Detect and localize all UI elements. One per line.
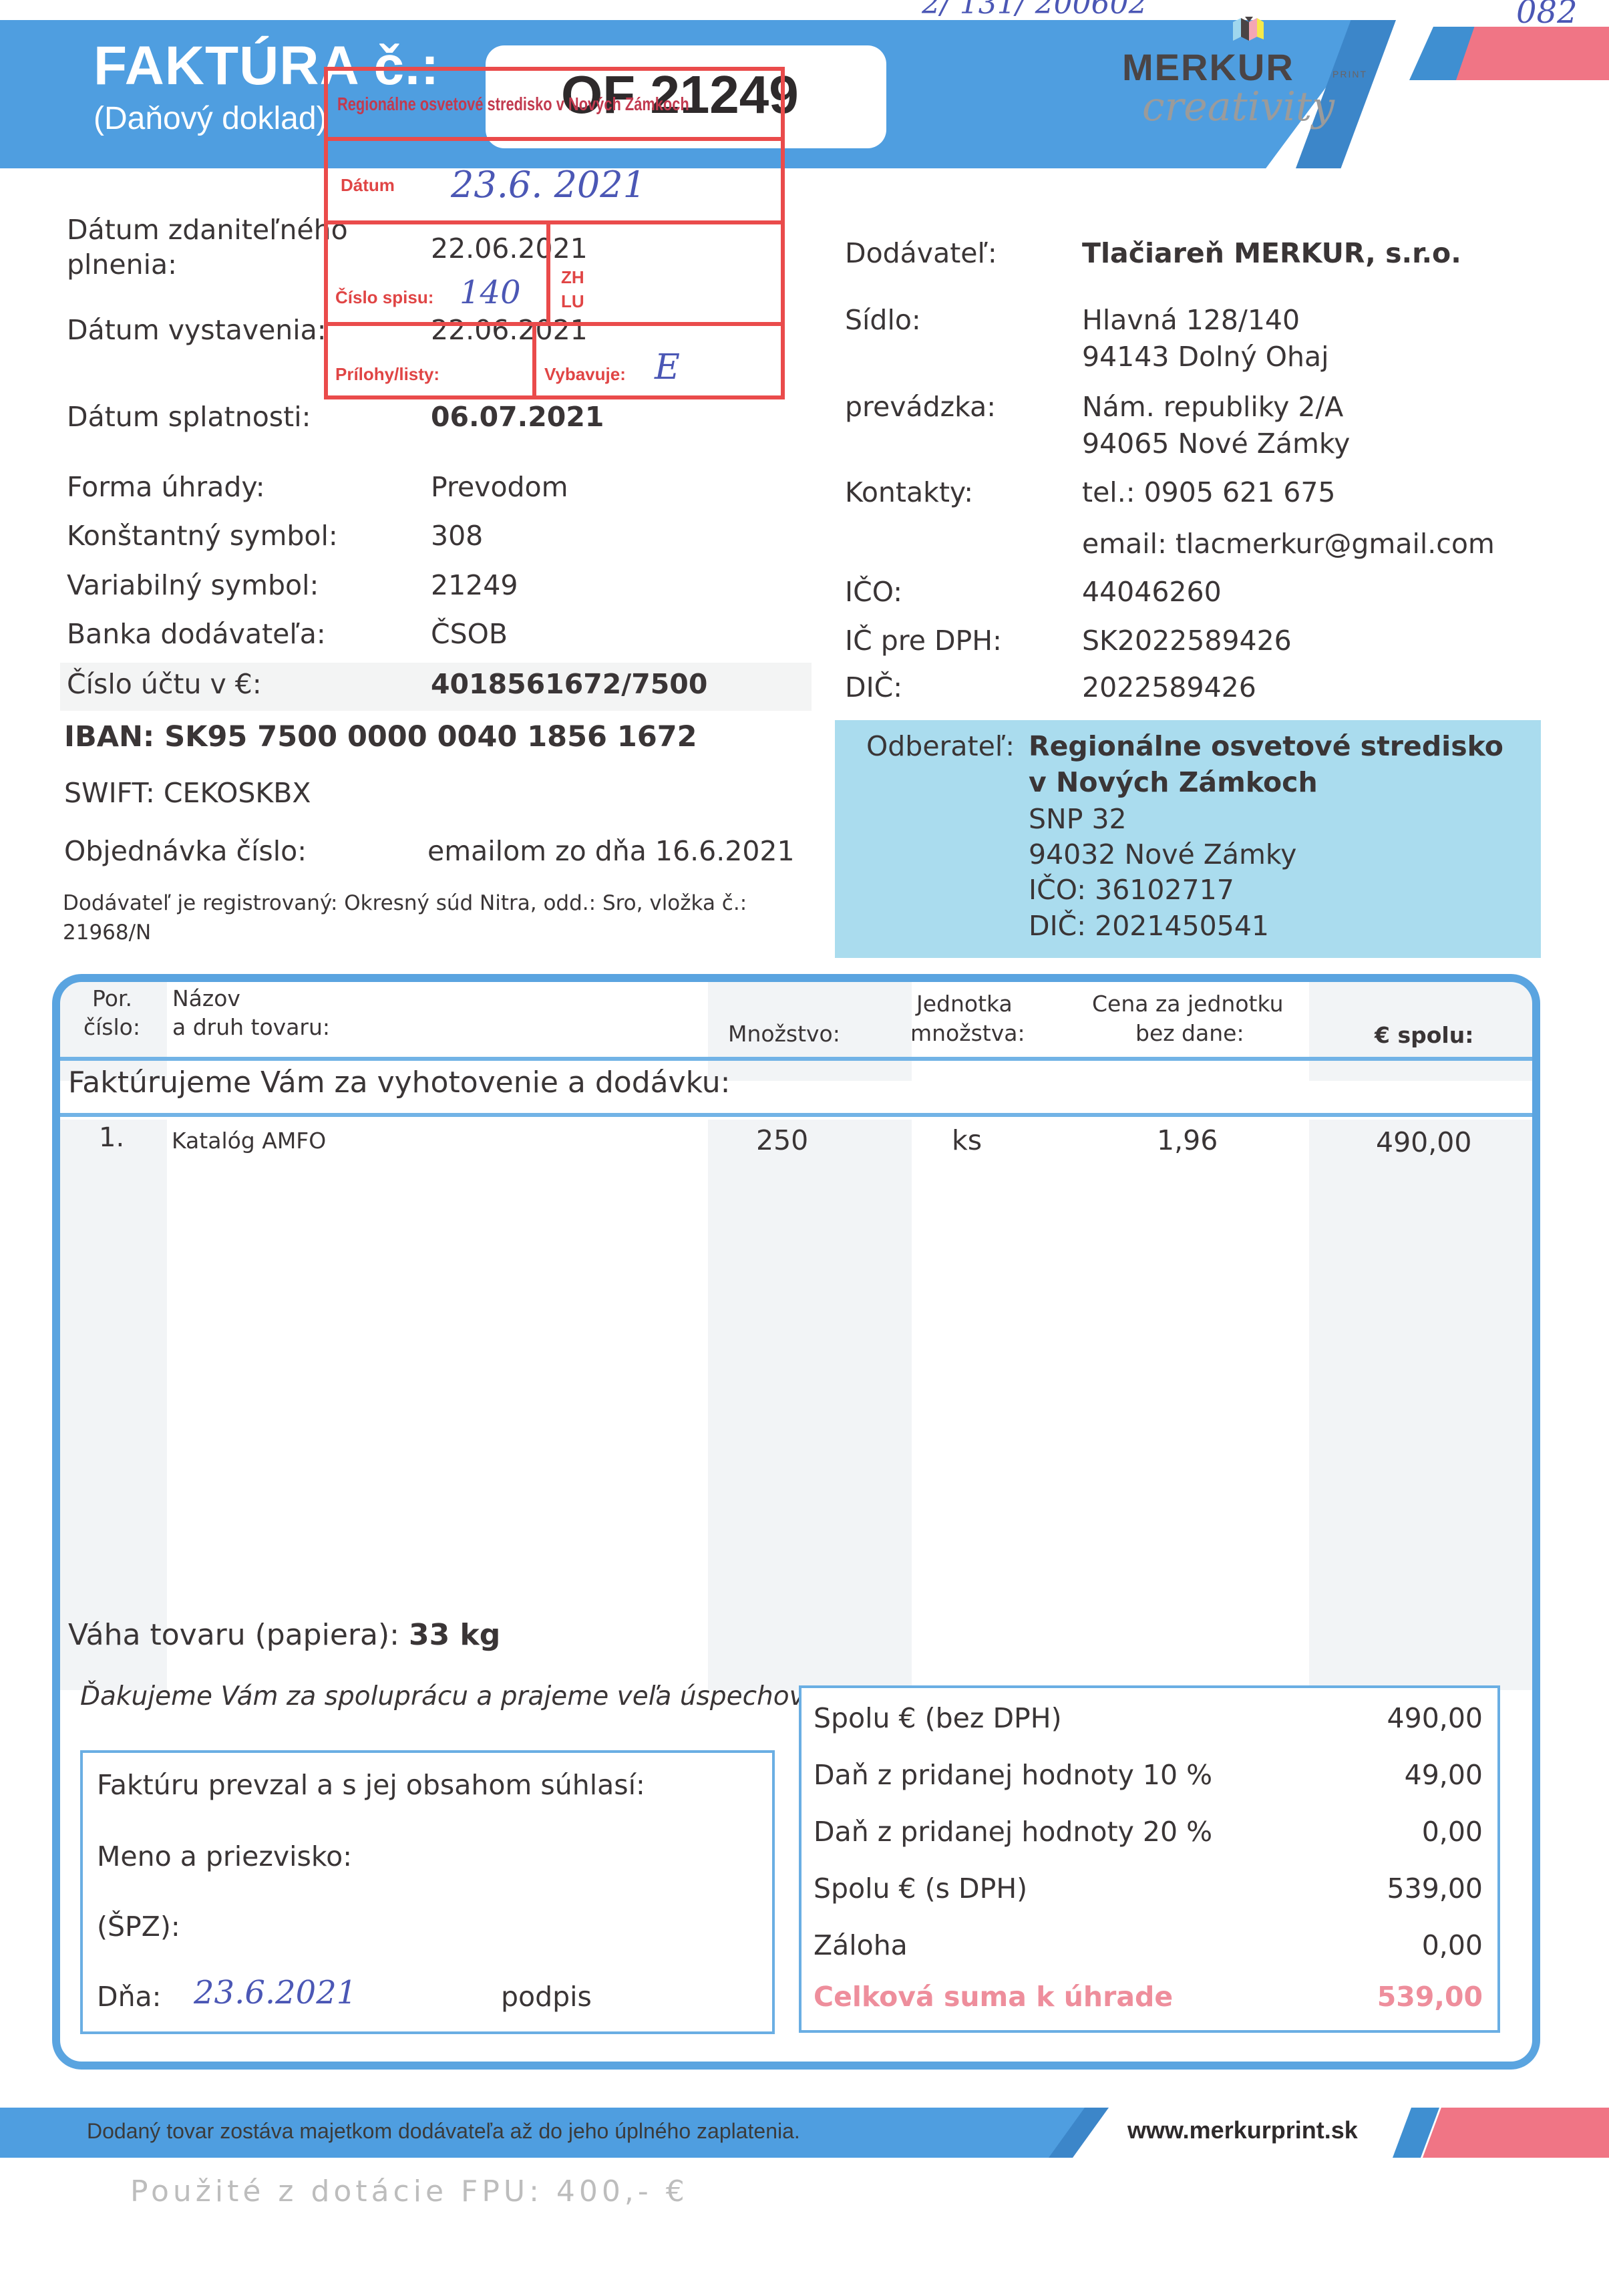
items-intro: Faktúrujeme Vám za vyhotovenie a dodávku… [68, 1065, 730, 1100]
seat-label: Sídlo: [845, 304, 921, 336]
summary-value: 539,00 [1349, 1872, 1483, 1905]
ico-label: IČO: [845, 576, 902, 608]
footer-notice: Dodaný tovar zostáva majetkom dodávateľa… [87, 2119, 800, 2144]
customer-city: 94032 Nové Zámky [1029, 838, 1296, 870]
header-stripe-pink [1456, 27, 1609, 80]
stamp-divider [546, 220, 550, 322]
summary-label: Záloha [814, 1929, 908, 1961]
summary-value: 49,00 [1349, 1759, 1483, 1791]
account-label: Číslo účtu v €: [67, 668, 262, 700]
stamp-divider [324, 220, 785, 224]
swift: SWIFT: CEKOSKBX [64, 777, 311, 809]
customer-name-line1: Regionálne osvetové stredisko [1029, 730, 1503, 762]
row-unit: ks [952, 1124, 982, 1156]
handwritten-number: 082 [1516, 0, 1578, 31]
summary-value: 0,00 [1349, 1816, 1483, 1848]
registration-note: Dodávateľ je registrovaný: Okresný súd N… [63, 888, 811, 947]
summary-value: 0,00 [1349, 1929, 1483, 1961]
dic-label: DIČ: [845, 671, 902, 703]
handwritten-reference: 2/ 131/ 200602 [922, 0, 1147, 21]
summary-label: Daň z pridanej hodnoty 10 % [814, 1759, 1212, 1791]
bank-label: Banka dodávateľa: [67, 618, 326, 650]
grand-total-value: 539,00 [1376, 1981, 1483, 2013]
weight-label: Váha tovaru (papiera): [68, 1618, 399, 1652]
dic-value: 2022589426 [1082, 671, 1256, 703]
stamp-file-label: Číslo spisu: [335, 287, 433, 308]
order-value: emailom zo dňa 16.6.2021 [427, 835, 795, 867]
thanks-note: Ďakujeme Vám za spoluprácu a prajeme veľ… [80, 1681, 805, 1711]
seat-line1: Hlavná 128/140 [1082, 304, 1300, 336]
summary-label: Spolu € (s DPH) [814, 1872, 1027, 1905]
account-value: 4018561672/7500 [431, 668, 707, 700]
summary-value: 490,00 [1349, 1702, 1483, 1734]
constant-symbol-value: 308 [431, 520, 483, 552]
receipt-plate-label: (ŠPZ): [97, 1911, 180, 1943]
registry-stamp [324, 67, 785, 399]
footer-website[interactable]: www.merkurprint.sk [1127, 2116, 1358, 2144]
row-unit-price: 1,96 [1157, 1124, 1218, 1156]
customer-label: Odberateľ: [866, 730, 1015, 762]
branch-line2: 94065 Nové Zámky [1082, 428, 1350, 460]
col-header-no-2: číslo: [83, 1014, 140, 1040]
supplier-label: Dodávateľ: [845, 237, 997, 269]
weight-value: 33 kg [409, 1618, 500, 1652]
stamp-code-1: ZH [561, 267, 584, 288]
receipt-name-label: Meno a priezvisko: [97, 1840, 352, 1872]
stamp-file-value: 140 [460, 274, 521, 311]
constant-symbol-label: Konštantný symbol: [67, 520, 338, 552]
stamp-date-value: 23.6. 2021 [451, 164, 646, 206]
table-divider [60, 1057, 1532, 1061]
customer-street: SNP 32 [1029, 803, 1127, 835]
col-header-no-1: Por. [92, 985, 132, 1011]
col-header-unit-2: množstva: [910, 1020, 1025, 1046]
customer-ico: IČO: 36102717 [1029, 874, 1234, 906]
row-no: 1. [99, 1122, 124, 1153]
tax-date-label: Dátum zdaniteľného plnenia: [67, 212, 361, 282]
contacts-label: Kontakty: [845, 476, 973, 508]
logo-wordmark: MERKUR [1122, 45, 1294, 89]
stamp-title: Regionálne osvetové stredisko v Nových Z… [337, 94, 689, 115]
supplier-name: Tlačiareň MERKUR, s.r.o. [1082, 237, 1461, 269]
grand-total-label: Celková suma k úhrade [814, 1981, 1173, 2013]
stamp-divider [324, 137, 785, 141]
col-header-name-2: a druh tovaru: [172, 1014, 330, 1040]
summary-label: Daň z pridanej hodnoty 20 % [814, 1816, 1212, 1848]
col-header-unit-1: Jednotka [916, 991, 1013, 1017]
payment-method-value: Prevodom [431, 471, 568, 503]
branch-label: prevádzka: [845, 391, 996, 423]
branch-line1: Nám. republiky 2/A [1082, 391, 1343, 423]
receipt-date-value: 23.6.2021 [194, 1974, 357, 2011]
col-header-total: € spolu: [1375, 1022, 1473, 1048]
iban: IBAN: SK95 7500 0000 0040 1856 1672 [64, 720, 697, 754]
order-label: Objednávka číslo: [64, 835, 307, 867]
handwritten-bottom-note: Použité z dotácie FPU: 400,- € [130, 2174, 689, 2208]
stamp-code-2: LU [561, 291, 584, 312]
col-header-name-1: Názov [172, 985, 240, 1011]
logo-tagline: creativity [1142, 84, 1334, 130]
stamp-handler-label: Vybavuje: [544, 364, 626, 385]
seat-line2: 94143 Dolný Ohaj [1082, 341, 1329, 373]
customer-dic: DIČ: 2021450541 [1029, 910, 1269, 942]
footer-stripe-pink [1423, 2108, 1609, 2158]
due-date-value: 06.07.2021 [431, 401, 604, 433]
receipt-date-label: Dňa: [97, 1981, 162, 2013]
icdph-label: IČ pre DPH: [845, 625, 1002, 657]
row-qty: 250 [756, 1124, 808, 1156]
row-name: Katalóg AMFO [172, 1128, 326, 1154]
bank-value: ČSOB [431, 618, 508, 650]
stamp-handler-value: E [655, 347, 680, 387]
col-header-price-1: Cena za jednotku [1092, 991, 1283, 1017]
variable-symbol-value: 21249 [431, 569, 518, 601]
receipt-title: Faktúru prevzal a s jej obsahom súhlasí: [97, 1769, 645, 1801]
receipt-signature-label: podpis [501, 1981, 592, 2013]
table-divider [60, 1113, 1532, 1117]
color-cube-icon [1229, 17, 1266, 43]
variable-symbol-label: Variabilný symbol: [67, 569, 319, 601]
supplier-email: email: tlacmerkur@gmail.com [1082, 528, 1495, 560]
ico-value: 44046260 [1082, 576, 1222, 608]
row-total: 490,00 [1376, 1126, 1471, 1158]
summary-label: Spolu € (bez DPH) [814, 1702, 1062, 1734]
stamp-attachments-label: Prílohy/listy: [335, 364, 439, 385]
issue-date-label: Dátum vystavenia: [67, 314, 327, 346]
stamp-date-label: Dátum [341, 175, 395, 196]
customer-name-line2: v Nových Zámkoch [1029, 766, 1318, 798]
payment-method-label: Forma úhrady: [67, 471, 265, 503]
stamp-divider [324, 322, 785, 326]
due-date-label: Dátum splatnosti: [67, 401, 311, 433]
logo-suffix: PRINT [1332, 69, 1367, 79]
supplier-phone: tel.: 0905 621 675 [1082, 476, 1336, 508]
weight-line: Váha tovaru (papiera): 33 kg [68, 1618, 500, 1652]
icdph-value: SK2022589426 [1082, 625, 1292, 657]
col-header-price-2: bez dane: [1135, 1020, 1244, 1046]
invoice-subtitle: (Daňový doklad) [94, 100, 327, 137]
stamp-divider [532, 322, 536, 399]
col-header-qty: Množstvo: [728, 1021, 840, 1047]
